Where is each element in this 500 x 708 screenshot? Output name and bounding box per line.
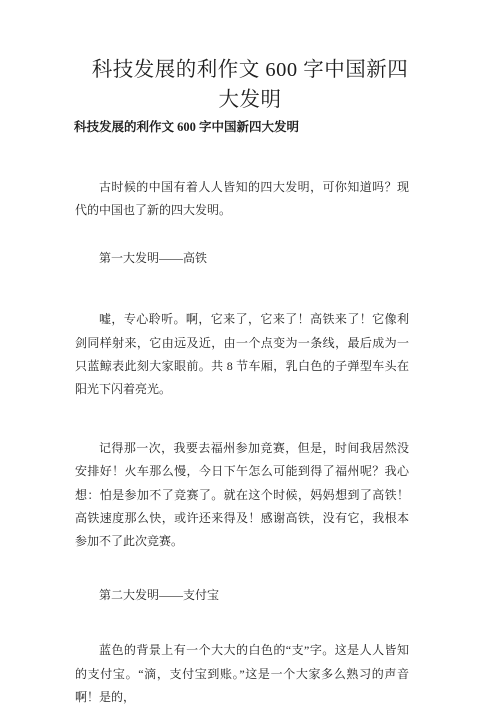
document-page: 科技发展的利作文 600 字中国新四大发明 科技发展的利作文 600 字中国新四…: [0, 0, 500, 708]
paragraph: 古时候的中国有着人人皆知的四大发明，可你知道吗？现代的中国也了新的四大发明。: [75, 176, 409, 223]
document-title: 科技发展的利作文 600 字中国新四大发明: [86, 0, 414, 115]
paragraph: 蓝色的背景上有一个大大的白色的“支”字。这是人人皆知的支付宝。“滴，支付宝到账。…: [75, 639, 409, 708]
section-heading: 第一大发明——高铁: [75, 247, 409, 270]
document-body: 古时候的中国有着人人皆知的四大发明，可你知道吗？现代的中国也了新的四大发明。 第…: [75, 176, 409, 708]
document-subtitle: 科技发展的利作文 600 字中国新四大发明: [74, 118, 409, 136]
section-heading: 第二大发明——支付宝: [75, 584, 409, 607]
paragraph: 记得那一次，我要去福州参加竞赛，但是，时间我居然没安排好！火车那么慢，今日下午怎…: [75, 437, 409, 554]
paragraph: 嘘，专心聆听。啊，它来了，它来了！高铁来了！它像利剑同样射来，它由远及近，由一个…: [75, 308, 409, 402]
